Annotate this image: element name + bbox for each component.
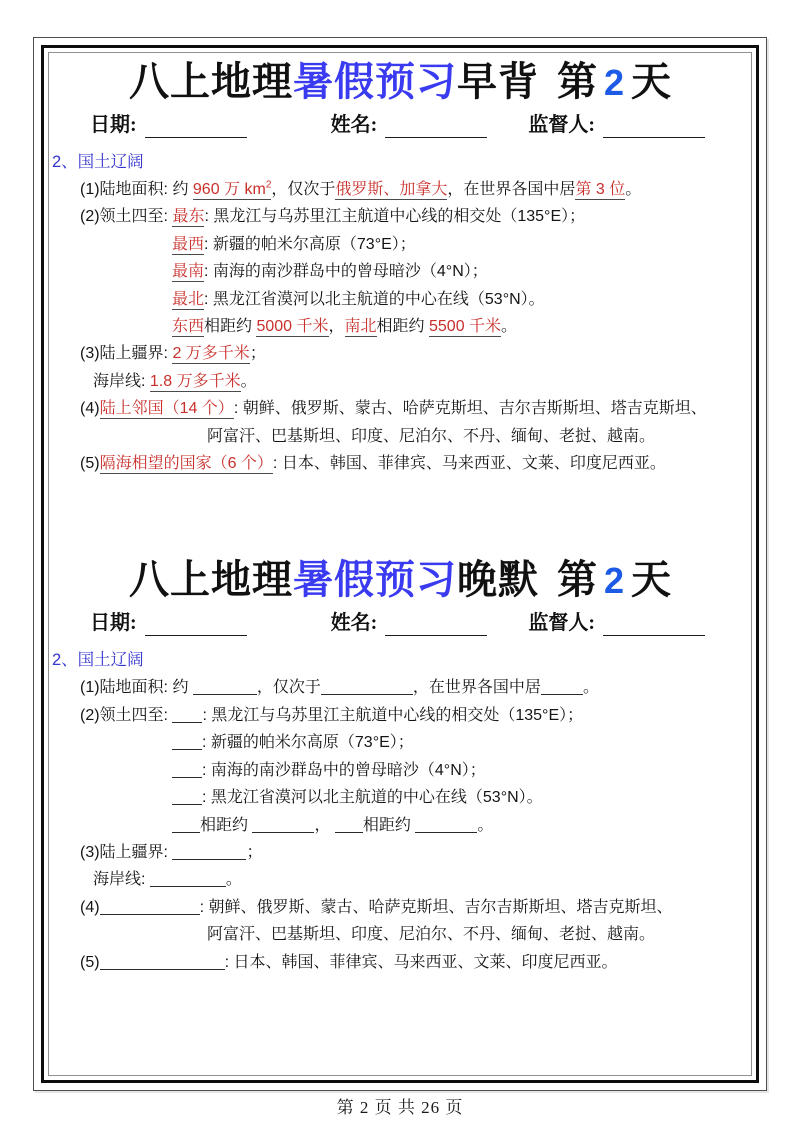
name-label: 姓名: [331, 610, 378, 636]
blank-field [172, 817, 200, 833]
text-run: ； [246, 844, 262, 861]
answer-run: 最北 [172, 291, 204, 310]
morning-sheet: 八上地理暑假预习早背第2天 日期: 姓名: 监督人: 2、国土辽阔 (1)陆地面… [49, 59, 751, 477]
text-run: (4) [80, 400, 100, 417]
content-line: 最南: 南海的南沙群岛中的曾母暗沙（4°N）； [80, 258, 751, 285]
content-line: (2)领土四至: : 黑龙江与乌苏里江主航道中心线的相交处（135°E）； [80, 702, 751, 729]
content-line: (5): 日本、韩国、菲律宾、马来西亚、文莱、印度尼西亚。 [80, 949, 751, 976]
text-run: (5) [80, 455, 100, 472]
answer-run: 第 3 位 [575, 181, 625, 200]
text-run: ， [314, 817, 334, 834]
content-line: (4)陆上邻国（14 个）: 朝鲜、俄罗斯、蒙古、哈萨克斯坦、吉尔吉斯斯坦、塔吉… [80, 395, 751, 422]
title-part-black: 早背 [457, 59, 539, 104]
answer-run: 俄罗斯、加拿大 [335, 181, 447, 200]
blank-field [252, 817, 314, 833]
blank-field [541, 679, 583, 695]
answer-run: 隔海相望的国家（6 个） [100, 455, 273, 474]
info-row: 日期: 姓名: 监督人: [50, 112, 751, 138]
blank-field [335, 817, 363, 833]
text-run: 海岸线: [93, 871, 150, 888]
blank-field [172, 707, 202, 723]
content-line: 海岸线: 1.8 万多千米。 [80, 368, 751, 395]
text-run: (1)陆地面积: 约 [80, 181, 193, 198]
text-run: 阿富汗、巴基斯坦、印度、尼泊尔、不丹、缅甸、老挝、越南。 [207, 428, 655, 445]
content-line: 相距约 ， 相距约 。 [80, 812, 751, 839]
date-blank-line [145, 118, 247, 138]
text-run: 。 [241, 373, 257, 390]
evening-sheet: 八上地理暑假预习晚默第2天 日期: 姓名: 监督人: 2、国土辽阔 (1)陆地面… [49, 557, 751, 975]
text-run: 阿富汗、巴基斯坦、印度、尼泊尔、不丹、缅甸、老挝、越南。 [207, 926, 655, 943]
name-blank-line [385, 118, 487, 138]
date-blank-line [145, 616, 247, 636]
text-run: (2)领土四至: [80, 707, 172, 724]
content-line: (1)陆地面积: 约 960 万 km2，仅次于俄罗斯、加拿大，在世界各国中居第… [80, 176, 751, 203]
blank-field [172, 844, 246, 860]
text-run: : 黑龙江与乌苏里江主航道中心线的相交处（135°E）； [204, 208, 585, 225]
title-part-black: 八上地理 [129, 59, 293, 104]
title-part-blue: 暑假预习 [293, 59, 457, 104]
blank-field [100, 899, 200, 915]
page-border-middle: 八上地理暑假预习早背第2天 日期: 姓名: 监督人: 2、国土辽阔 (1)陆地面… [41, 45, 759, 1083]
text-run: 。 [625, 181, 641, 198]
date-label: 日期: [90, 610, 137, 636]
text-run: 相距约 [204, 318, 256, 335]
content-line: : 黑龙江省漠河以北主航道的中心在线（53°N）。 [80, 784, 751, 811]
supervisor-blank-line [603, 118, 705, 138]
supervisor-label: 监督人: [528, 112, 595, 138]
day-label: 第2天 [557, 557, 672, 602]
content-line: (5)隔海相望的国家（6 个）: 日本、韩国、菲律宾、马来西亚、文莱、印度尼西亚… [80, 450, 751, 477]
blank-field [172, 789, 202, 805]
answer-run: 最东 [172, 208, 204, 227]
blank-field [321, 679, 413, 695]
blank-field [172, 734, 202, 750]
answer-run: 5000 千米 [256, 318, 328, 337]
content-line: 海岸线: 。 [80, 866, 751, 893]
text-run: 。 [501, 318, 517, 335]
topic-heading: 2、国土辽阔 [50, 150, 751, 174]
text-run: ，仅次于 [257, 679, 321, 696]
content-line: 最北: 黑龙江省漠河以北主航道的中心在线（53°N）。 [80, 286, 751, 313]
text-run: (3)陆上疆界: [80, 844, 172, 861]
text-run: ，在世界各国中居 [413, 679, 541, 696]
day-prefix: 第 [557, 557, 598, 602]
content-line: (3)陆上疆界: ； [80, 839, 751, 866]
text-run: (3)陆上疆界: [80, 345, 172, 362]
content-line: (4): 朝鲜、俄罗斯、蒙古、哈萨克斯坦、吉尔吉斯斯坦、塔吉克斯坦、 [80, 894, 751, 921]
text-run: ， [329, 318, 345, 335]
text-run: : 朝鲜、俄罗斯、蒙古、哈萨克斯坦、吉尔吉斯斯坦、塔吉克斯坦、 [200, 899, 673, 916]
text-run: (2)领土四至: [80, 208, 172, 225]
day-number: 2 [604, 560, 625, 601]
name-label: 姓名: [331, 112, 378, 138]
day-prefix: 第 [557, 59, 598, 104]
name-blank-line [385, 616, 487, 636]
content-line: 最西: 新疆的帕米尔高原（73°E）； [80, 231, 751, 258]
page-border-inner: 八上地理暑假预习早背第2天 日期: 姓名: 监督人: 2、国土辽阔 (1)陆地面… [48, 52, 752, 1076]
blank-field [415, 817, 477, 833]
content-line: : 南海的南沙群岛中的曾母暗沙（4°N）； [80, 757, 751, 784]
blank-field [172, 762, 202, 778]
answer-run: 960 万 km [193, 181, 266, 200]
text-run: : 黑龙江省漠河以北主航道的中心在线（53°N）。 [202, 789, 543, 806]
text-run: : 黑龙江省漠河以北主航道的中心在线（53°N）。 [204, 291, 545, 308]
morning-title: 八上地理暑假预习早背第2天 [50, 59, 751, 106]
text-run: (5) [80, 954, 100, 971]
answer-run: 5500 千米 [429, 318, 501, 337]
answer-run: 陆上邻国（14 个） [100, 400, 234, 419]
date-field: 日期: [90, 112, 247, 138]
blank-field [193, 679, 257, 695]
text-run: 相距约 [363, 817, 415, 834]
answer-run: 最南 [172, 263, 204, 282]
content-line: : 新疆的帕米尔高原（73°E）； [80, 729, 751, 756]
answer-run: 1.8 万多千米 [150, 373, 241, 392]
date-label: 日期: [90, 112, 137, 138]
blank-field [150, 871, 226, 887]
text-run: : 朝鲜、俄罗斯、蒙古、哈萨克斯坦、吉尔吉斯斯坦、塔吉克斯坦、 [234, 400, 707, 417]
name-field: 姓名: [331, 610, 488, 636]
page-number-footer: 第 2 页 共 26 页 [0, 1093, 800, 1118]
text-run: 相距约 [200, 817, 252, 834]
text-run: : 日本、韩国、菲律宾、马来西亚、文莱、印度尼西亚。 [225, 954, 618, 971]
page-content: 八上地理暑假预习早背第2天 日期: 姓名: 监督人: 2、国土辽阔 (1)陆地面… [49, 53, 751, 1075]
content-line: 阿富汗、巴基斯坦、印度、尼泊尔、不丹、缅甸、老挝、越南。 [80, 423, 751, 450]
supervisor-field: 监督人: [528, 610, 705, 636]
text-run: : 新疆的帕米尔高原（73°E）； [204, 236, 416, 253]
text-run: : 新疆的帕米尔高原（73°E）； [202, 734, 414, 751]
text-run: 相距约 [377, 318, 429, 335]
content-line: (2)领土四至: 最东: 黑龙江与乌苏里江主航道中心线的相交处（135°E）； [80, 203, 751, 230]
content-line: 阿富汗、巴基斯坦、印度、尼泊尔、不丹、缅甸、老挝、越南。 [80, 921, 751, 948]
title-part-black: 晚默 [457, 557, 539, 602]
content-lines: (1)陆地面积: 约 ，仅次于，在世界各国中居。(2)领土四至: : 黑龙江与乌… [50, 674, 751, 975]
text-run: (1)陆地面积: 约 [80, 679, 193, 696]
text-run: ，仅次于 [271, 181, 335, 198]
text-run: : 黑龙江与乌苏里江主航道中心线的相交处（135°E）； [202, 707, 583, 724]
answer-run: 南北 [345, 318, 377, 337]
day-suffix: 天 [631, 557, 672, 602]
answer-run: 2 万多千米 [172, 345, 249, 364]
day-suffix: 天 [631, 59, 672, 104]
text-run: 。 [583, 679, 599, 696]
title-part-blue: 暑假预习 [293, 557, 457, 602]
info-row: 日期: 姓名: 监督人: [50, 610, 751, 636]
text-run: 。 [477, 817, 493, 834]
text-run: : 南海的南沙群岛中的曾母暗沙（4°N）； [204, 263, 488, 280]
content-line: (3)陆上疆界: 2 万多千米； [80, 340, 751, 367]
supervisor-label: 监督人: [528, 610, 595, 636]
text-run: : 南海的南沙群岛中的曾母暗沙（4°N）； [202, 762, 486, 779]
page-border-outer: 八上地理暑假预习早背第2天 日期: 姓名: 监督人: 2、国土辽阔 (1)陆地面… [33, 37, 767, 1091]
text-run: (4) [80, 899, 100, 916]
blank-field [100, 954, 225, 970]
date-field: 日期: [90, 610, 247, 636]
content-lines: (1)陆地面积: 约 960 万 km2，仅次于俄罗斯、加拿大，在世界各国中居第… [50, 176, 751, 477]
text-run: ，在世界各国中居 [447, 181, 575, 198]
supervisor-blank-line [603, 616, 705, 636]
answer-run: 东西 [172, 318, 204, 337]
evening-title: 八上地理暑假预习晚默第2天 [50, 557, 751, 604]
text-run: 海岸线: [93, 373, 150, 390]
topic-heading: 2、国土辽阔 [50, 648, 751, 672]
content-line: 东西相距约 5000 千米，南北相距约 5500 千米。 [80, 313, 751, 340]
title-part-black: 八上地理 [129, 557, 293, 602]
text-run: : 日本、韩国、菲律宾、马来西亚、文莱、印度尼西亚。 [273, 455, 666, 472]
day-number: 2 [604, 62, 625, 103]
answer-run: 最西 [172, 236, 204, 255]
supervisor-field: 监督人: [528, 112, 705, 138]
text-run: ； [250, 345, 266, 362]
day-label: 第2天 [557, 59, 672, 104]
name-field: 姓名: [331, 112, 488, 138]
text-run: 。 [226, 871, 242, 888]
content-line: (1)陆地面积: 约 ，仅次于，在世界各国中居。 [80, 674, 751, 701]
